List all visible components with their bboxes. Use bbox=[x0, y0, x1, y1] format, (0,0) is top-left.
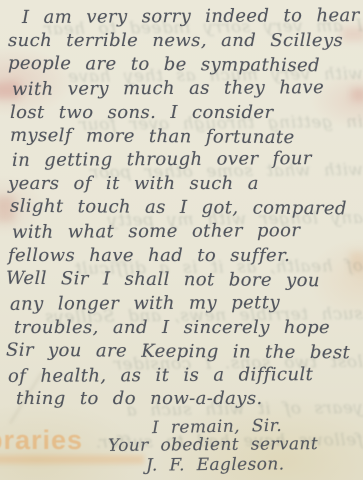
letter-line: in getting through over four bbox=[12, 148, 312, 171]
letter-line: people are to be sympathised bbox=[8, 53, 320, 76]
letter-line: of health, as it is a difficult bbox=[8, 364, 313, 387]
letter-line: such terrible news, and Scilleys bbox=[8, 30, 343, 51]
letter-line: I am very sorry indeed to hear bbox=[22, 5, 360, 28]
letter-line: thing to do now-a-days. bbox=[16, 388, 263, 409]
letter-line: with very much as they have bbox=[12, 77, 324, 100]
letter-line: fellows have had to suffer. bbox=[8, 245, 290, 266]
letter-line: any longer with my petty bbox=[10, 292, 280, 315]
letter-line: with what some other poor bbox=[12, 220, 300, 243]
letter-page: braries I am very sorry indeed to hearwi… bbox=[0, 0, 363, 480]
letter-line: slight touch as I got, compared bbox=[10, 196, 347, 220]
signature: J. F. Eagleson. bbox=[146, 454, 285, 475]
letter-line: troubles, and I sincerely hope bbox=[14, 317, 330, 338]
letter-line: lost two sons. I consider bbox=[10, 102, 273, 123]
letter-line: years of it with such a bbox=[8, 173, 259, 194]
letter-body: I am very sorry indeed to hearsuch terri… bbox=[0, 0, 363, 480]
letter-line: Well Sir I shall not bore you bbox=[6, 268, 320, 291]
letter-line: Sir you are Keeping in the best bbox=[6, 339, 350, 363]
letter-line: myself more than fortunate bbox=[10, 124, 295, 147]
closing-servant: Your obedient servant bbox=[108, 434, 318, 456]
